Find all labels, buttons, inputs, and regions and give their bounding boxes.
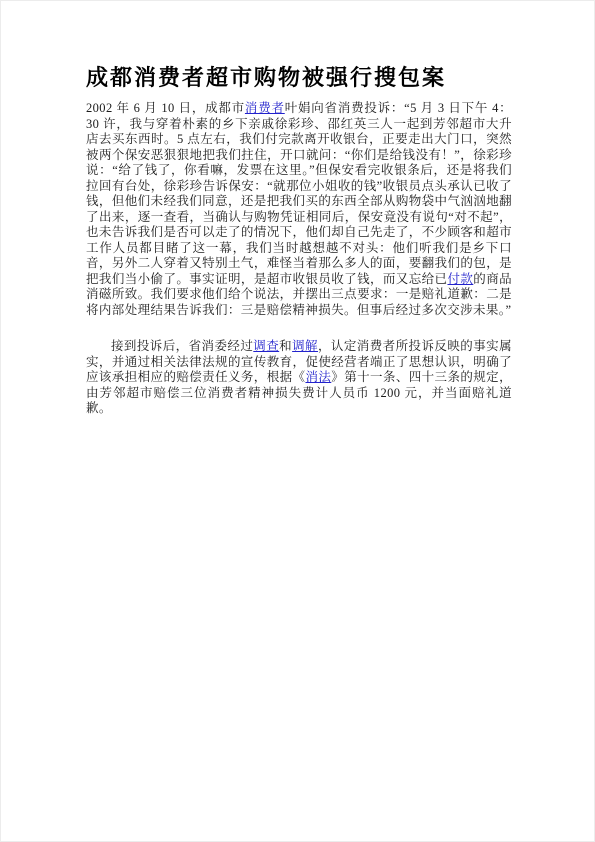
text-segment: 和 [279, 339, 292, 353]
document-content: 成都消费者超市购物被强行搜包案 2002 年 6 月 10 日，成都市消费者叶娟… [1, 1, 594, 417]
inline-link[interactable]: 消费者 [245, 101, 285, 115]
page-title: 成都消费者超市购物被强行搜包案 [86, 64, 512, 91]
inline-link[interactable]: 消法 [305, 370, 331, 384]
inline-link[interactable]: 调查 [253, 339, 279, 353]
text-segment: 2002 年 6 月 10 日，成都市 [86, 101, 245, 115]
document-page: 成都消费者超市购物被强行搜包案 2002 年 6 月 10 日，成都市消费者叶娟… [0, 0, 595, 842]
inline-link[interactable]: 付款 [447, 272, 473, 286]
text-segment: 接到投诉后，省消委经过 [111, 339, 253, 353]
paragraph: 接到投诉后，省消委经过调查和调解，认定消费者所投诉反映的事实属实，并通过相关法律… [86, 339, 512, 417]
article-body: 2002 年 6 月 10 日，成都市消费者叶娟向省消费投诉：“5 月 3 日下… [86, 101, 512, 417]
paragraph: 2002 年 6 月 10 日，成都市消费者叶娟向省消费投诉：“5 月 3 日下… [86, 101, 512, 318]
inline-link[interactable]: 调解 [292, 339, 318, 353]
text-segment: 叶娟向省消费投诉：“5 月 3 日下午 4： 30 许，我与穿着朴素的乡下亲戚徐… [86, 101, 512, 286]
